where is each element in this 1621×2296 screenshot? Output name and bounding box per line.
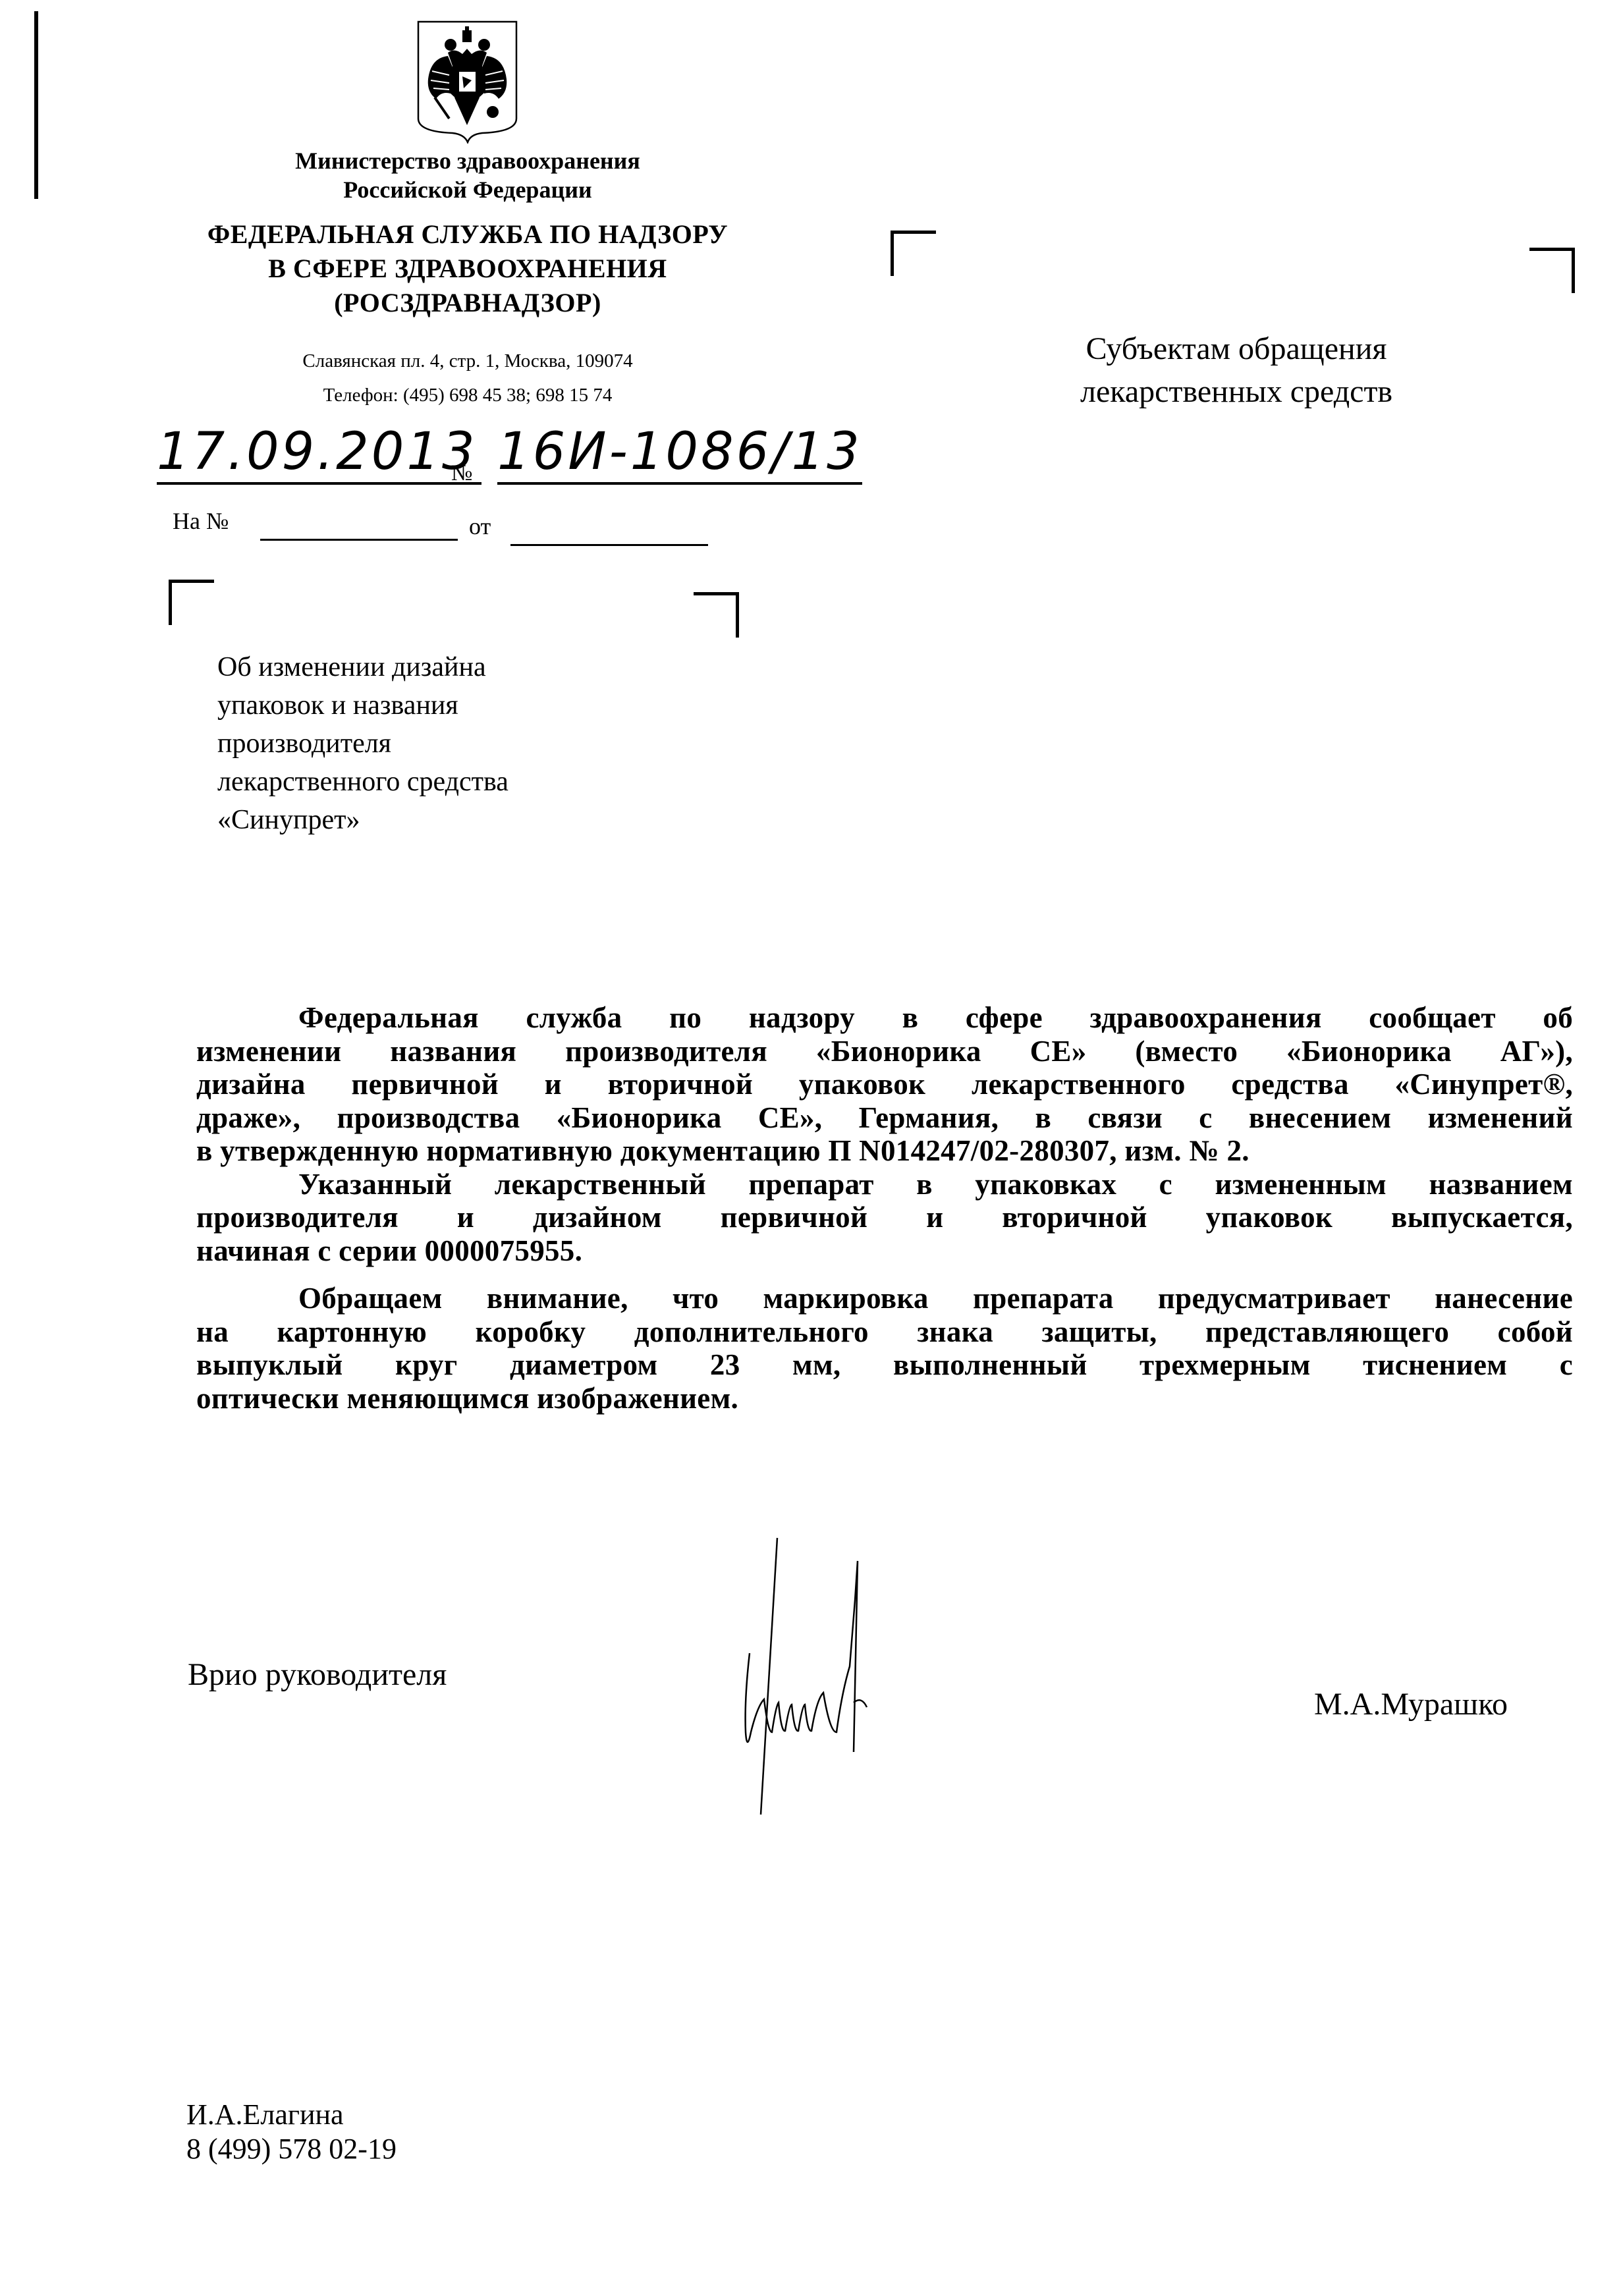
- ministry-name: Министерство здравоохранения Российской …: [158, 146, 777, 204]
- recipient-bracket-left: [891, 231, 936, 276]
- service-line-3: (РОСЗДРАВНАДЗОР): [158, 286, 777, 320]
- service-name: ФЕДЕРАЛЬНАЯ СЛУЖБА ПО НАДЗОРУ В СФЕРЕ ЗД…: [158, 217, 777, 320]
- subject-line: упаковок и названия: [217, 686, 508, 724]
- body-line: в утвержденную нормативную документацию …: [196, 1134, 1573, 1168]
- registration-number: 16И-1086/13: [497, 422, 862, 485]
- subject-line: производителя: [217, 724, 508, 763]
- number-sign: №: [451, 461, 472, 486]
- address-block: Славянская пл. 4, стр. 1, Москва, 109074…: [158, 344, 777, 412]
- contact-block: И.А.Елагина 8 (499) 578 02-19: [186, 2098, 397, 2166]
- handwritten-signature-icon: [738, 1535, 1014, 1818]
- reply-number-label: На №: [173, 507, 229, 535]
- ministry-line-2: Российской Федерации: [158, 175, 777, 204]
- phone: Телефон: (495) 698 45 38; 698 15 74: [158, 378, 777, 412]
- coat-of-arms-icon: [416, 20, 518, 144]
- recipient-block: Субъектам обращения лекарственных средст…: [1080, 327, 1392, 413]
- body-line: выпуклый круг диаметром 23 мм, выполненн…: [196, 1348, 1573, 1382]
- body-line: на картонную коробку дополнительного зна…: [196, 1315, 1573, 1349]
- service-line-1: ФЕДЕРАЛЬНАЯ СЛУЖБА ПО НАДЗОРУ: [158, 217, 777, 252]
- subject-line: «Синупрет»: [217, 801, 508, 839]
- body-line: начиная с серии 0000075955.: [196, 1234, 1573, 1268]
- subject-line: лекарственного средства: [217, 763, 508, 801]
- contact-name: И.А.Елагина: [186, 2098, 397, 2132]
- reply-date-field: [510, 544, 708, 546]
- paragraph-2: Указанный лекарственный препарат в упако…: [196, 1168, 1573, 1268]
- recipient-bracket-right: [1529, 248, 1575, 293]
- body-line: оптически меняющимся изображением.: [196, 1382, 1573, 1415]
- subject-bracket-right: [694, 592, 739, 638]
- body-line: Федеральная служба по надзору в сфере зд…: [196, 1001, 1573, 1035]
- service-line-2: В СФЕРЕ ЗДРАВООХРАНЕНИЯ: [158, 252, 777, 286]
- body-line: производителя и дизайном первичной и вто…: [196, 1201, 1573, 1234]
- recipient-line-2: лекарственных средств: [1080, 370, 1392, 413]
- paragraph-1: Федеральная служба по надзору в сфере зд…: [196, 1001, 1573, 1168]
- body-line: Указанный лекарственный препарат в упако…: [196, 1168, 1573, 1201]
- subject-block: Об изменении дизайна упаковок и названия…: [217, 648, 508, 839]
- body-line: Обращаем внимание, что маркировка препар…: [196, 1282, 1573, 1315]
- ministry-line-1: Министерство здравоохранения: [158, 146, 777, 175]
- address: Славянская пл. 4, стр. 1, Москва, 109074: [158, 344, 777, 378]
- reply-number-field: [260, 539, 458, 541]
- subject-bracket-left: [169, 580, 214, 625]
- signatory-name: М.А.Мурашко: [1314, 1686, 1508, 1722]
- letter-body: Федеральная служба по надзору в сфере зд…: [196, 1001, 1573, 1415]
- subject-line: Об изменении дизайна: [217, 648, 508, 686]
- scan-edge-line: [34, 11, 38, 199]
- registration-date: 17.09.2013: [157, 422, 481, 485]
- contact-phone: 8 (499) 578 02-19: [186, 2132, 397, 2166]
- signatory-role: Врио руководителя: [188, 1656, 447, 1693]
- paragraph-3: Обращаем внимание, что маркировка препар…: [196, 1282, 1573, 1415]
- body-line: изменении названия производителя «Бионор…: [196, 1035, 1573, 1068]
- reply-from-label: от: [469, 512, 491, 540]
- body-line: дизайна первичной и вторичной упаковок л…: [196, 1068, 1573, 1101]
- body-line: драже», производства «Бионорика СЕ», Гер…: [196, 1101, 1573, 1135]
- recipient-line-1: Субъектам обращения: [1080, 327, 1392, 370]
